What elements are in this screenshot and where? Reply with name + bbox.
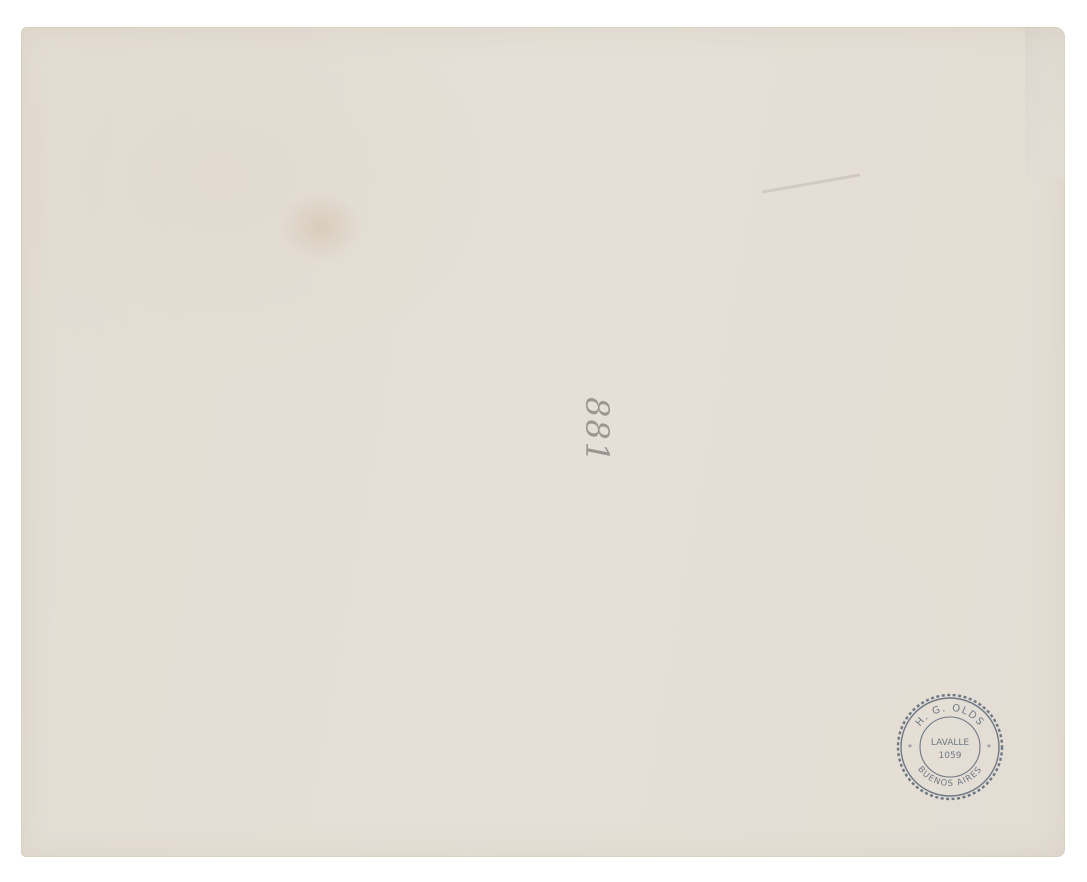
- star-icon: *: [908, 743, 912, 752]
- paper-crease: [761, 173, 860, 193]
- stamp-number: 1059: [939, 751, 962, 761]
- stamp-street: LAVALLE: [931, 738, 970, 748]
- handwritten-number: 881: [577, 397, 617, 457]
- svg-text:H. G. OLDS: H. G. OLDS: [914, 703, 986, 729]
- stamp-seal-icon: H. G. OLDS BUENOS AIRES * * LAVALLE 1059: [894, 691, 1006, 803]
- photographer-stamp: H. G. OLDS BUENOS AIRES * * LAVALLE 1059: [894, 691, 1006, 803]
- star-icon: *: [987, 743, 991, 752]
- corner-fold: [1025, 27, 1065, 177]
- stamp-top-text: H. G. OLDS: [914, 703, 986, 729]
